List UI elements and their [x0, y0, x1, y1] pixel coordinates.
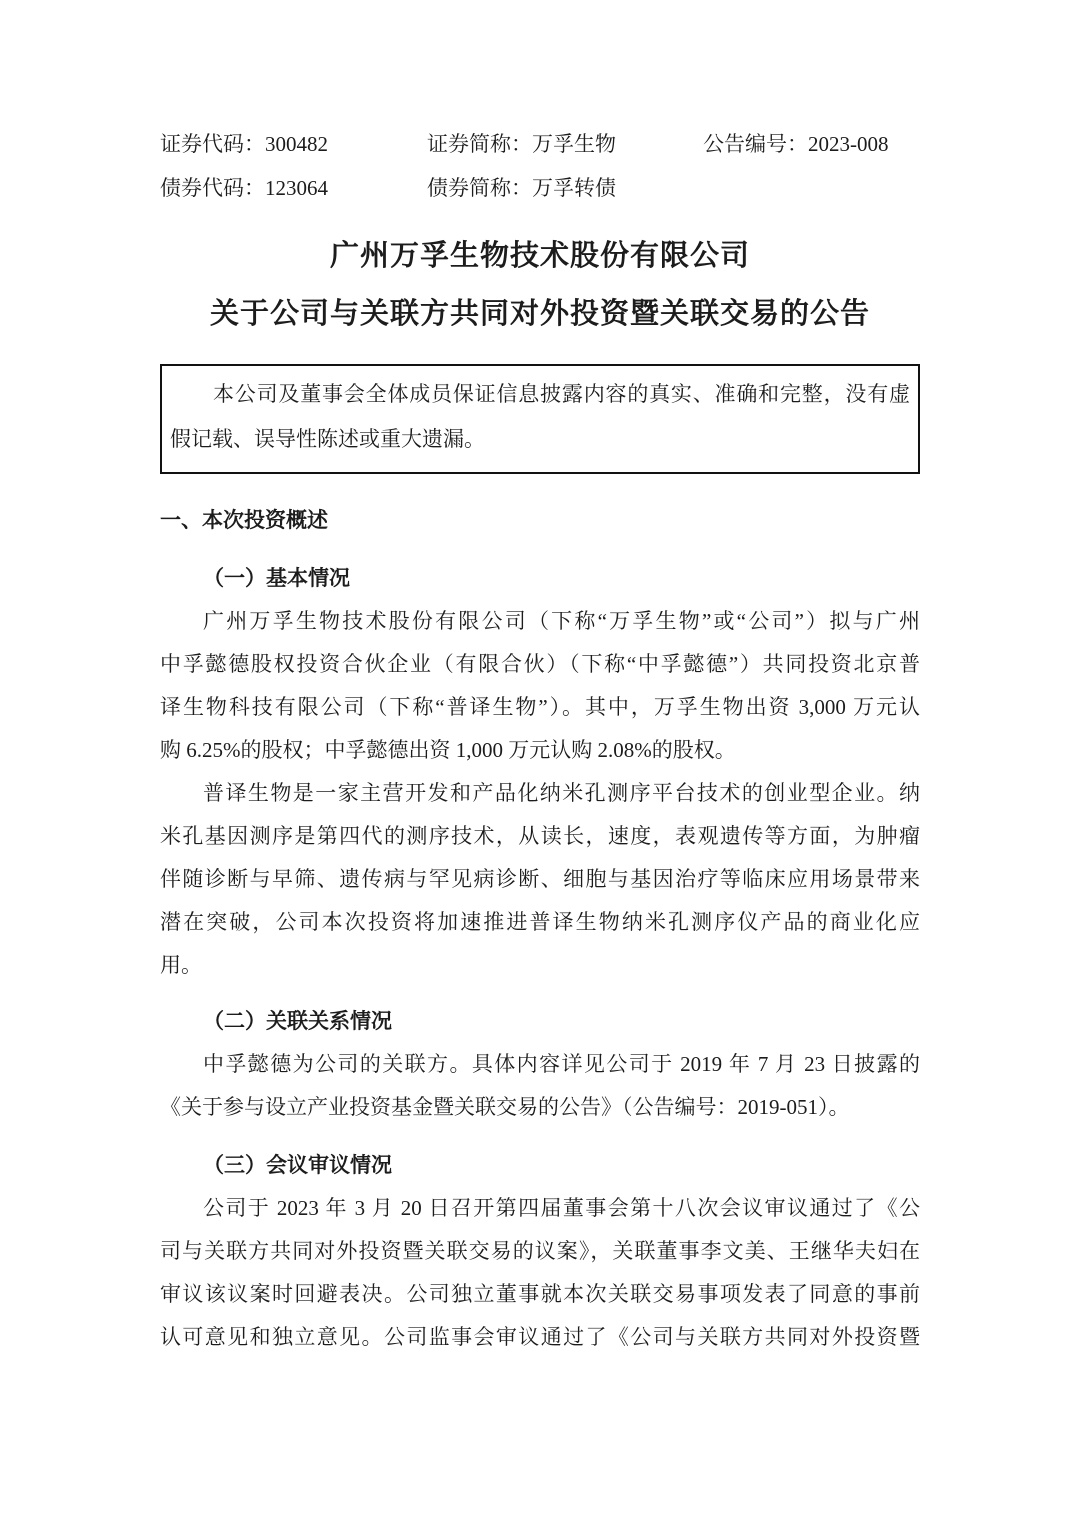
stock-code: 证券代码：300482 — [160, 122, 427, 166]
announcement-title: 关于公司与关联方共同对外投资暨关联交易的公告 — [160, 288, 920, 340]
paragraph-line: 普译生物是一家主营开发和产品化纳米孔测序平台技术的创业型企业。纳 — [160, 772, 920, 815]
meta-row-1: 证券代码：300482 证券简称：万孚生物 公告编号：2023-008 — [160, 122, 920, 166]
meta-row-2: 债券代码：123064 债券简称：万孚转债 — [160, 166, 920, 210]
stock-short-name: 证券简称：万孚生物 — [427, 122, 703, 166]
paragraph-line: 中孚懿德为公司的关联方。具体内容详见公司于 2019 年 7 月 23 日披露的 — [160, 1043, 920, 1086]
paragraph-line: 伴随诊断与早筛、遗传病与罕见病诊断、细胞与基因治疗等临床应用场景带来 — [160, 858, 920, 901]
paragraph-line: 译生物科技有限公司（下称“普译生物”）。其中，万孚生物出资 3,000 万元认 — [160, 686, 920, 729]
disclaimer-line: 本公司及董事会全体成员保证信息披露内容的真实、准确和完整，没有虚 — [170, 372, 910, 417]
paragraph-basic-info: 广州万孚生物技术股份有限公司（下称“万孚生物”或“公司”）拟与广州 中孚懿德股权… — [160, 600, 920, 772]
company-title: 广州万孚生物技术股份有限公司 — [160, 230, 920, 282]
paragraph-line: 中孚懿德股权投资合伙企业（有限合伙）（下称“中孚懿德”）共同投资北京普 — [160, 643, 920, 686]
paragraph-line: 认可意见和独立意见。公司监事会审议通过了《公司与关联方共同对外投资暨 — [160, 1316, 920, 1359]
paragraph-line: 公司于 2023 年 3 月 20 日召开第四届董事会第十八次会议审议通过了《公 — [160, 1187, 920, 1230]
paragraph-line: 《关于参与设立产业投资基金暨关联交易的公告》（公告编号：2019-051）。 — [160, 1086, 920, 1129]
paragraph-meeting-review: 公司于 2023 年 3 月 20 日召开第四届董事会第十八次会议审议通过了《公… — [160, 1187, 920, 1359]
announcement-number: 公告编号：2023-008 — [703, 122, 920, 166]
section-heading-investment-overview: 一、本次投资概述 — [160, 498, 920, 542]
bond-code: 债券代码：123064 — [160, 166, 427, 210]
paragraph-line: 广州万孚生物技术股份有限公司（下称“万孚生物”或“公司”）拟与广州 — [160, 600, 920, 643]
bond-short-name: 债券简称：万孚转债 — [427, 166, 703, 210]
paragraph-line: 米孔基因测序是第四代的测序技术，从读长，速度，表观遗传等方面，为肿瘤 — [160, 815, 920, 858]
paragraph-line: 潜在突破，公司本次投资将加速推进普译生物纳米孔测序仪产品的商业化应 — [160, 901, 920, 944]
subsection-heading-basic-info: （一）基本情况 — [160, 556, 920, 600]
paragraph-company-intro: 普译生物是一家主营开发和产品化纳米孔测序平台技术的创业型企业。纳 米孔基因测序是… — [160, 772, 920, 987]
meta-spacer — [703, 166, 920, 210]
disclaimer-box: 本公司及董事会全体成员保证信息披露内容的真实、准确和完整，没有虚 假记载、误导性… — [160, 364, 920, 474]
paragraph-line: 司与关联方共同对外投资暨关联交易的议案》，关联董事李文美、王继华夫妇在 — [160, 1230, 920, 1273]
disclaimer-line: 假记载、误导性陈述或重大遗漏。 — [170, 417, 910, 462]
paragraph-line: 购 6.25%的股权；中孚懿德出资 1,000 万元认购 2.08%的股权。 — [160, 729, 920, 772]
paragraph-line: 审议该议案时回避表决。公司独立董事就本次关联交易事项发表了同意的事前 — [160, 1273, 920, 1316]
subsection-heading-related-party: （二）关联关系情况 — [160, 999, 920, 1043]
announcement-page: 证券代码：300482 证券简称：万孚生物 公告编号：2023-008 债券代码… — [0, 0, 1080, 1527]
subsection-heading-meeting-review: （三）会议审议情况 — [160, 1143, 920, 1187]
paragraph-line: 用。 — [160, 944, 920, 987]
paragraph-related-party: 中孚懿德为公司的关联方。具体内容详见公司于 2019 年 7 月 23 日披露的… — [160, 1043, 920, 1129]
